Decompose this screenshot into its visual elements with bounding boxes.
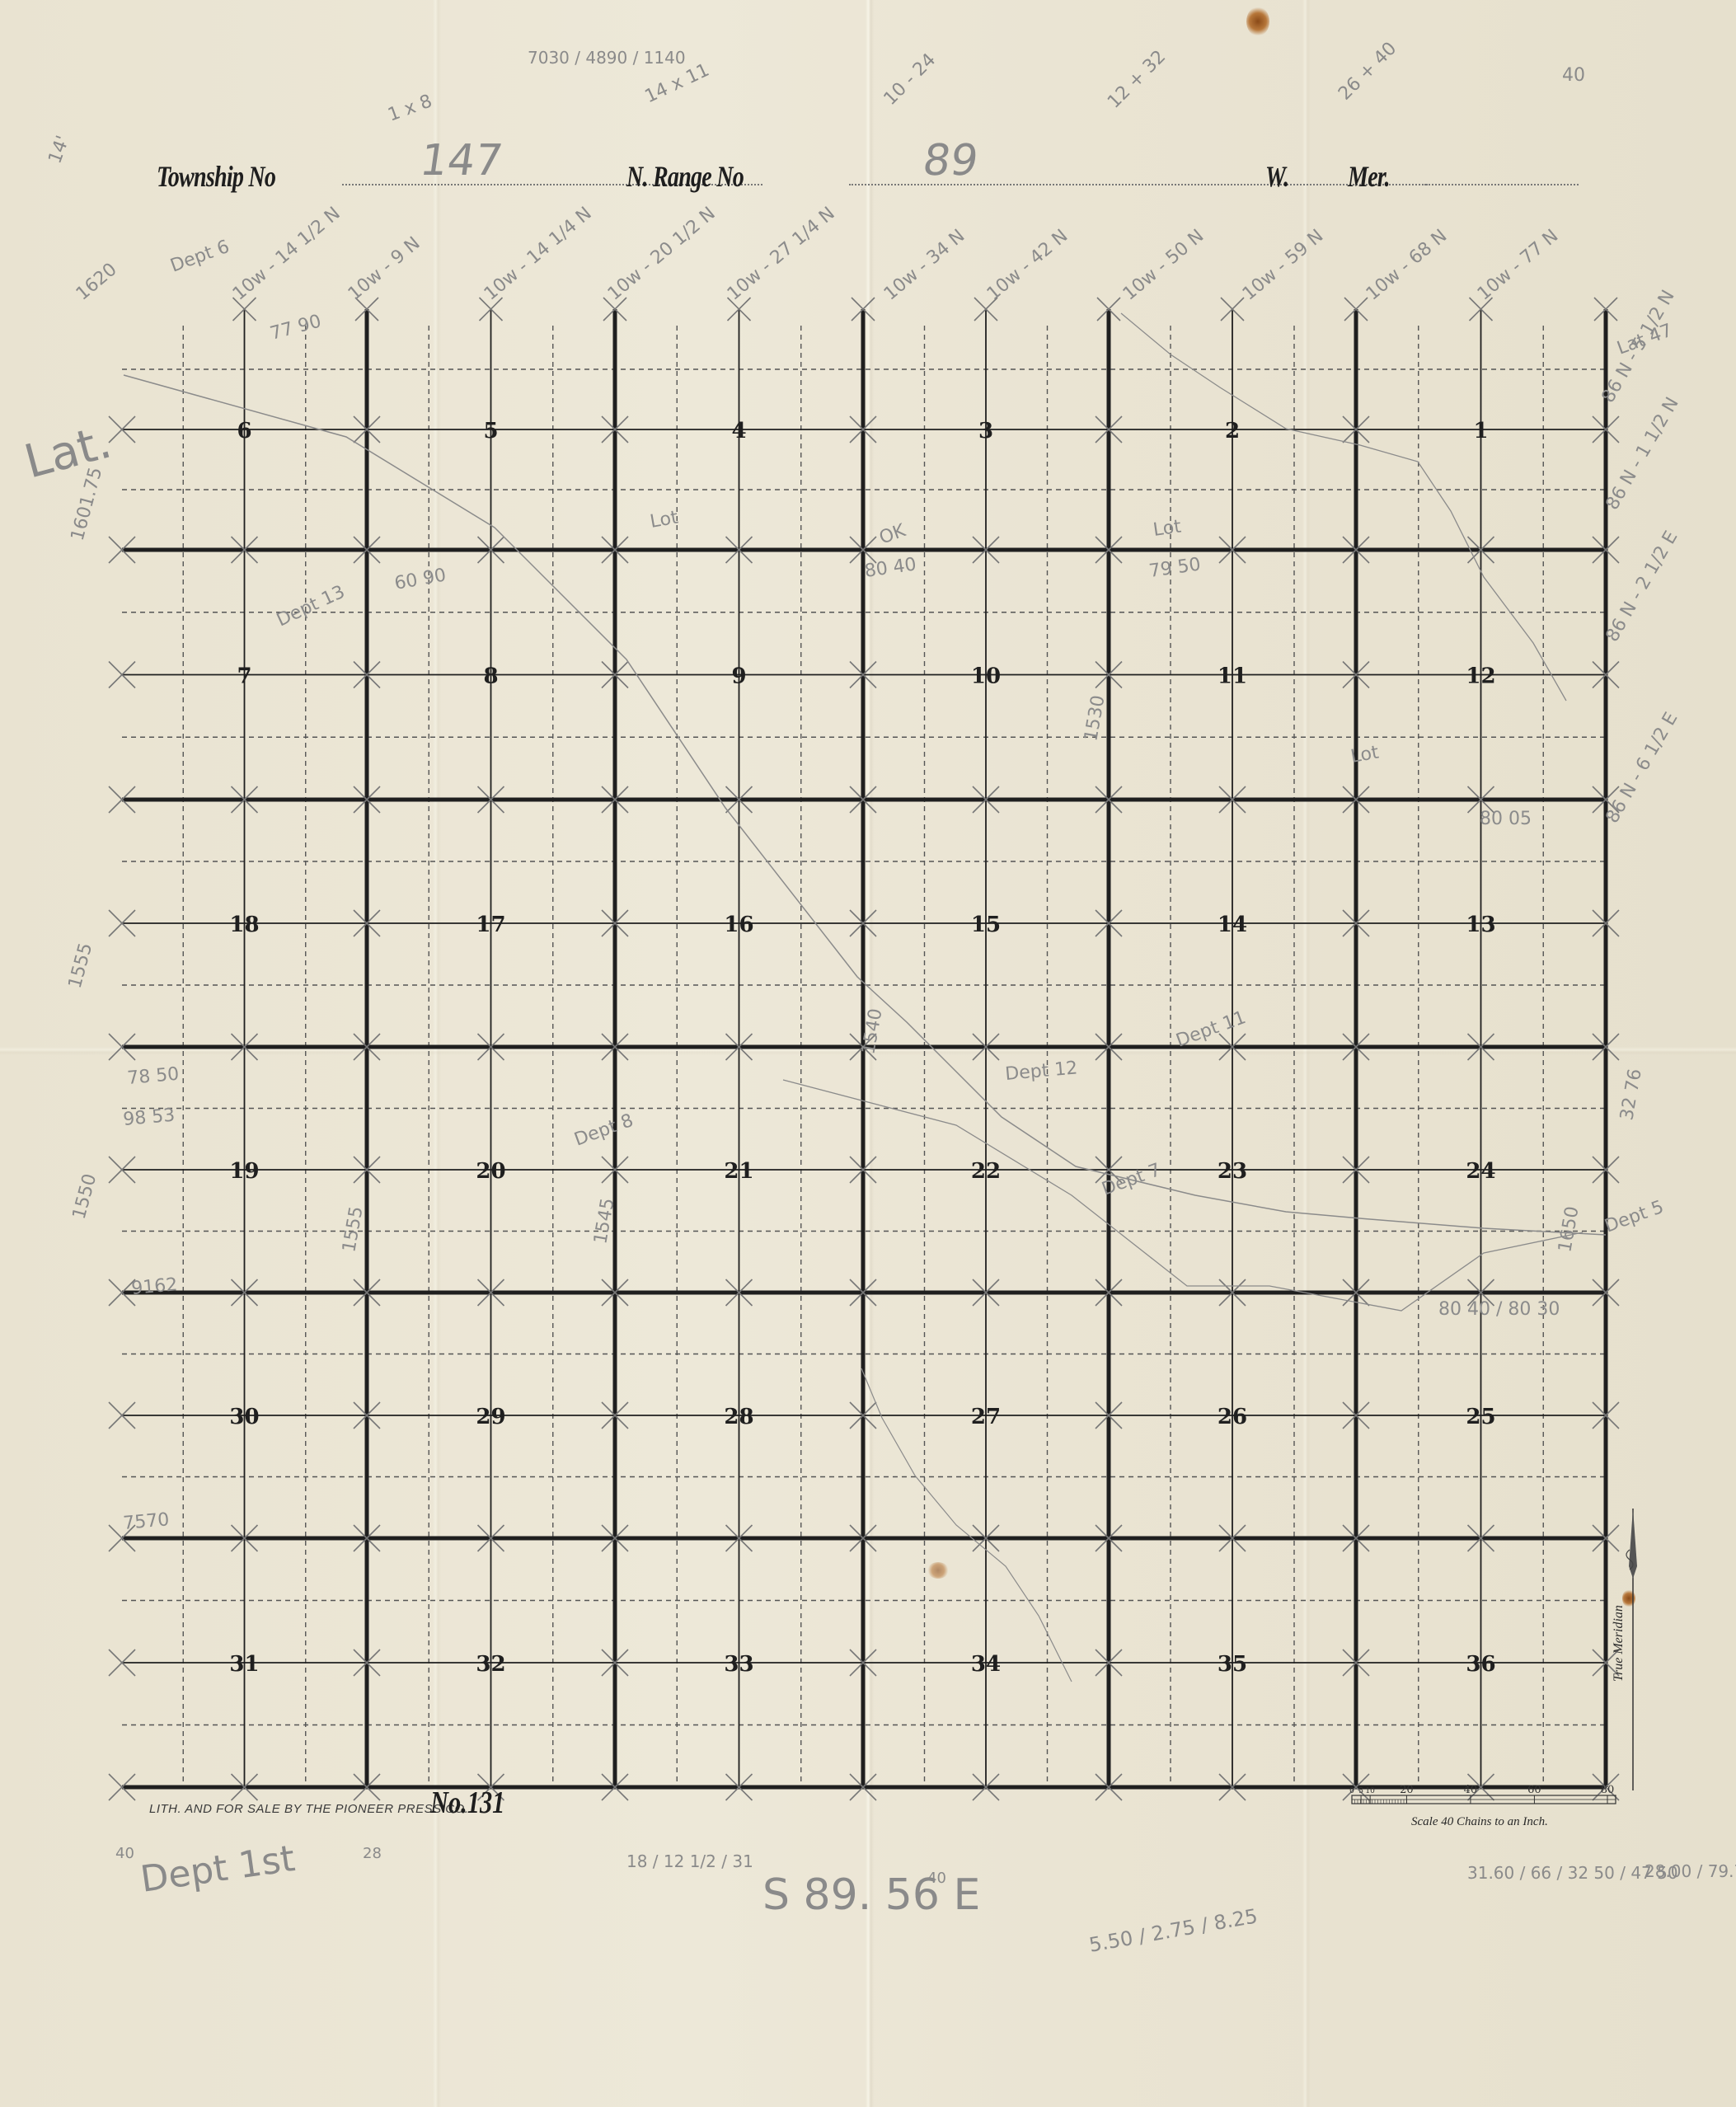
pencil-annotation: 1650 bbox=[1555, 1205, 1583, 1254]
section-number-30: 30 bbox=[229, 1405, 259, 1429]
scale-tick-label: 10 bbox=[1365, 1787, 1375, 1795]
pencil-annotation: OK bbox=[877, 520, 909, 549]
pencil-stream-line bbox=[1121, 313, 1566, 701]
pencil-annotation: 1530 bbox=[1081, 694, 1109, 743]
pencil-annotation: 98 53 bbox=[122, 1105, 176, 1130]
pencil-note: 7030 / 4890 / 1140 bbox=[528, 49, 686, 67]
section-number-12: 12 bbox=[1466, 664, 1495, 689]
section-number-7: 7 bbox=[237, 664, 251, 689]
pencil-note: 40 bbox=[927, 1871, 946, 1887]
section-number-15: 15 bbox=[971, 913, 1001, 937]
pencil-annotation: Dept 13 bbox=[274, 582, 348, 631]
pencil-bearing-note: 10w - 50 N bbox=[1119, 226, 1208, 305]
pencil-note: 40 bbox=[1562, 66, 1585, 85]
pencil-bearing-note: 10w - 77 N bbox=[1474, 226, 1563, 305]
section-number-11: 11 bbox=[1218, 664, 1247, 689]
scale-tick-label: 80 bbox=[1601, 1784, 1615, 1796]
pencil-annotation: 9162 bbox=[130, 1274, 178, 1299]
township-grid: 6543217891011121817161514131920212223243… bbox=[0, 0, 1736, 2107]
section-number-9: 9 bbox=[731, 664, 746, 689]
pencil-bearing-note: 1620 bbox=[73, 259, 121, 304]
section-number-32: 32 bbox=[476, 1652, 505, 1677]
pencil-annotation: Lot bbox=[1152, 516, 1182, 541]
pencil-annotation: 80 40 / 80 30 bbox=[1438, 1299, 1560, 1320]
pencil-annotation: Lot bbox=[649, 507, 680, 533]
section-number-10: 10 bbox=[971, 664, 1001, 689]
pencil-bearing-note: 10w - 59 N bbox=[1239, 226, 1328, 305]
pencil-annotation: 77 90 bbox=[268, 311, 323, 344]
form-number: No.131 bbox=[430, 1785, 504, 1821]
scale-tick-label: 60 bbox=[1527, 1784, 1541, 1796]
pencil-annotation: 60 90 bbox=[393, 565, 448, 594]
section-number-18: 18 bbox=[229, 913, 259, 937]
section-number-27: 27 bbox=[971, 1405, 1001, 1429]
pencil-note: 28 bbox=[363, 1847, 382, 1862]
section-number-21: 21 bbox=[724, 1159, 753, 1184]
pencil-annotation: 86 N - 1 1/2 N bbox=[1602, 394, 1683, 514]
pencil-annotation: 86 N - 6 1/2 E bbox=[1602, 709, 1682, 827]
true-meridian-label: True Meridian bbox=[1612, 1605, 1626, 1682]
scale-tick-label: 5 bbox=[1358, 1787, 1363, 1795]
section-number-2: 2 bbox=[1225, 419, 1240, 443]
section-number-22: 22 bbox=[971, 1159, 1001, 1184]
section-number-35: 35 bbox=[1218, 1652, 1247, 1677]
section-number-6: 6 bbox=[237, 419, 251, 443]
pencil-annotation: 79 50 bbox=[1147, 554, 1202, 582]
pencil-bearing-note: 10w - 42 N bbox=[983, 226, 1072, 305]
pencil-annotation: Dept 5 bbox=[1602, 1197, 1667, 1237]
pencil-bearing-note: 10w - 14 1/4 N bbox=[481, 203, 596, 304]
section-number-19: 19 bbox=[229, 1159, 259, 1184]
section-number-33: 33 bbox=[724, 1652, 753, 1677]
scale-caption: Scale 40 Chains to an Inch. bbox=[1411, 1815, 1548, 1829]
pencil-annotation: Dept 12 bbox=[1004, 1058, 1078, 1085]
pencil-bearing-note: 10w - 27 1/4 N bbox=[724, 203, 839, 304]
pencil-annotation: 32 76 bbox=[1616, 1068, 1646, 1122]
section-number-3: 3 bbox=[978, 419, 993, 443]
pencil-bearing-note: 10w - 14 1/2 N bbox=[229, 203, 345, 304]
pencil-annotation: 80 05 bbox=[1480, 809, 1532, 829]
scale-tick-label: 0 bbox=[1349, 1787, 1354, 1795]
section-number-26: 26 bbox=[1218, 1405, 1247, 1429]
section-number-36: 36 bbox=[1466, 1652, 1495, 1677]
pencil-bearing-note: 10w - 34 N bbox=[880, 226, 969, 305]
pencil-annotation: Lot bbox=[1349, 742, 1381, 767]
section-number-5: 5 bbox=[483, 419, 498, 443]
pencil-note: 18 / 12 1/2 / 31 bbox=[626, 1851, 753, 1872]
section-number-34: 34 bbox=[971, 1652, 1001, 1677]
section-number-25: 25 bbox=[1466, 1405, 1495, 1429]
scale-tick-label: 40 bbox=[1464, 1784, 1478, 1796]
pencil-bearing-note: 10w - 68 N bbox=[1363, 226, 1452, 305]
section-number-28: 28 bbox=[724, 1405, 753, 1429]
section-number-16: 16 bbox=[724, 913, 753, 937]
lithographer-credit: LITH. AND FOR SALE BY THE PIONEER PRESS … bbox=[149, 1802, 468, 1816]
section-number-31: 31 bbox=[229, 1652, 259, 1677]
pencil-annotation: 7570 bbox=[122, 1509, 170, 1534]
section-number-1: 1 bbox=[1473, 419, 1488, 443]
pencil-annotation: 86 N - 2 1/2 E bbox=[1602, 528, 1682, 645]
pencil-note-bearing: S 89. 56 E bbox=[762, 1873, 980, 1918]
pencil-note: 28.00 / 79.76 / 107.76 / 5.88 bbox=[1645, 1863, 1736, 1880]
pencil-annotation: Dept 8 bbox=[572, 1110, 636, 1151]
pencil-annotation: 1555 bbox=[339, 1205, 367, 1254]
section-number-29: 29 bbox=[476, 1405, 505, 1429]
section-number-23: 23 bbox=[1218, 1159, 1247, 1184]
pencil-bearing-note: 10w - 9 N bbox=[345, 233, 425, 305]
section-number-17: 17 bbox=[476, 913, 505, 937]
scale-tick-label: 20 bbox=[1400, 1784, 1414, 1796]
true-meridian-arrow-head bbox=[1629, 1509, 1637, 1579]
section-number-14: 14 bbox=[1218, 913, 1247, 937]
pencil-annotation: Dept 6 bbox=[168, 237, 232, 277]
pencil-note: 40 bbox=[115, 1847, 134, 1862]
section-number-13: 13 bbox=[1466, 913, 1495, 937]
pencil-bearing-note: 10w - 20 1/2 N bbox=[604, 203, 720, 304]
pencil-annotation: 78 50 bbox=[126, 1064, 180, 1089]
section-number-20: 20 bbox=[476, 1159, 505, 1184]
section-number-4: 4 bbox=[731, 419, 746, 443]
section-number-8: 8 bbox=[483, 664, 498, 689]
pencil-meander-line bbox=[783, 1080, 1583, 1311]
survey-plat-sheet: Township No 147 N. Range No 89 W. Mer. 6… bbox=[0, 0, 1736, 2107]
section-number-24: 24 bbox=[1466, 1159, 1495, 1184]
